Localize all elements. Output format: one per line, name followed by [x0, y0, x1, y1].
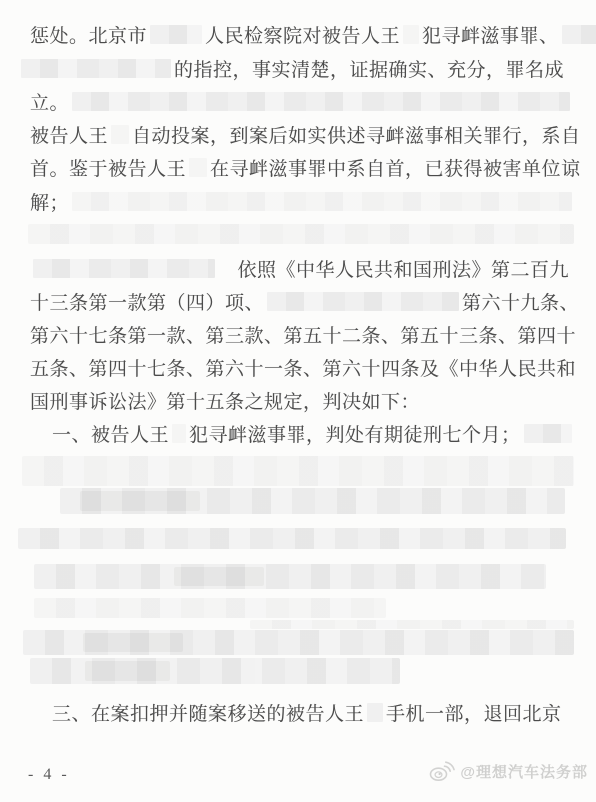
- text-line-6: 解；: [30, 189, 575, 213]
- redaction-dark-patch: [80, 491, 200, 511]
- redaction-block: [189, 158, 207, 177]
- redaction-band-8: [23, 630, 574, 655]
- redaction-block: [72, 92, 570, 111]
- text-segment: 一、被告人王: [52, 420, 169, 447]
- text-segment: 第六十七条第一款、第三款、第五十二条、第五十三条、第四十: [30, 321, 576, 348]
- redaction-band-7: [250, 620, 574, 629]
- redaction-band-6: [34, 598, 386, 618]
- text-line-12: 一、被告人王犯寻衅滋事罪，判处有期徒刑七个月；: [52, 421, 575, 445]
- weibo-icon: [429, 760, 455, 782]
- redaction-band-3: [60, 488, 565, 514]
- text-segment: 解；: [30, 188, 69, 215]
- text-segment: 第六十九条、: [462, 288, 579, 315]
- redaction-band-4: [18, 528, 566, 549]
- text-segment: 犯寻衅滋事罪，判处有期徒刑七个月；: [189, 420, 521, 447]
- text-segment: 的指控，事实清楚，证据确实、充分，罪名成: [174, 55, 564, 82]
- redaction-dark-patch: [85, 661, 170, 681]
- text-segment: 犯寻衅滋事罪、: [422, 21, 559, 48]
- weibo-watermark: @理想汽车法务部: [429, 760, 588, 782]
- text-segment: 手机一部，退回北京: [386, 699, 562, 726]
- text-segment: 惩处。北京市: [30, 21, 147, 48]
- watermark-text: @理想汽车法务部: [460, 761, 588, 782]
- redaction-block: [403, 25, 419, 44]
- text-line-5: 首。鉴于被告人王在寻衅滋事罪中系自首，已获得被害单位谅: [30, 155, 581, 179]
- redaction-block: [367, 703, 383, 722]
- text-segment: 首。鉴于被告人王: [30, 154, 186, 181]
- text-line-4: 被告人王自动投案，到案后如实供述寻衅滋事相关罪行，系自: [30, 122, 581, 146]
- text-segment: 立。: [30, 88, 69, 115]
- redaction-block: [524, 424, 572, 443]
- redaction-block: [111, 125, 129, 144]
- judgment-document-page: 惩处。北京市人民检察院对被告人王犯寻衅滋事罪、的指控，事实清楚，证据确实、充分，…: [0, 0, 596, 802]
- text-segment: 五条、第四十七条、第六十一条、第六十四条及《中华人民共和: [30, 354, 576, 381]
- text-segment: 国刑事诉讼法》第十五条之规定，判决如下：: [30, 387, 420, 414]
- redaction-block: [150, 25, 202, 44]
- redaction-block: [72, 192, 572, 211]
- text-line-1: 惩处。北京市人民检察院对被告人王犯寻衅滋事罪、: [30, 22, 596, 46]
- redaction-block: [21, 59, 171, 78]
- text-segment: 被告人王: [30, 121, 108, 148]
- redaction-band-1: [28, 224, 574, 244]
- text-segment: 三、在案扣押并随案移送的被告人王: [52, 699, 364, 726]
- redaction-block: [562, 25, 596, 44]
- text-segment: 在寻衅滋事罪中系自首，已获得被害单位谅: [210, 154, 581, 181]
- page-number: - 4 -: [28, 766, 70, 784]
- redaction-band-9: [30, 658, 400, 684]
- text-segment: 十三条第一款第（四）项、: [30, 288, 264, 315]
- redaction-dark-patch: [174, 567, 264, 586]
- redaction-block: [267, 292, 459, 311]
- text-segment: 自动投案，到案后如实供述寻衅滋事相关罪行，系自: [132, 121, 581, 148]
- redaction-band-2: [22, 456, 574, 486]
- redaction-block: [172, 424, 186, 443]
- redaction-band-5: [34, 564, 546, 589]
- text-line-2: 的指控，事实清楚，证据确实、充分，罪名成: [18, 56, 564, 80]
- redaction-dark-patch: [83, 633, 183, 652]
- text-line-11: 国刑事诉讼法》第十五条之规定，判决如下：: [30, 388, 420, 412]
- text-line-8: 十三条第一款第（四）项、第六十九条、: [30, 289, 579, 313]
- text-segment: 依照《中华人民共和国刑法》第二百九: [218, 255, 569, 282]
- redaction-block: [33, 259, 215, 278]
- text-line-3: 立。: [30, 89, 573, 113]
- text-line-13: 三、在案扣押并随案移送的被告人王手机一部，退回北京: [52, 700, 562, 724]
- text-segment: 人民检察院对被告人王: [205, 21, 400, 48]
- text-line-7: 依照《中华人民共和国刑法》第二百九: [30, 256, 569, 280]
- text-line-10: 五条、第四十七条、第六十一条、第六十四条及《中华人民共和: [30, 355, 576, 379]
- text-line-9: 第六十七条第一款、第三款、第五十二条、第五十三条、第四十: [30, 322, 576, 346]
